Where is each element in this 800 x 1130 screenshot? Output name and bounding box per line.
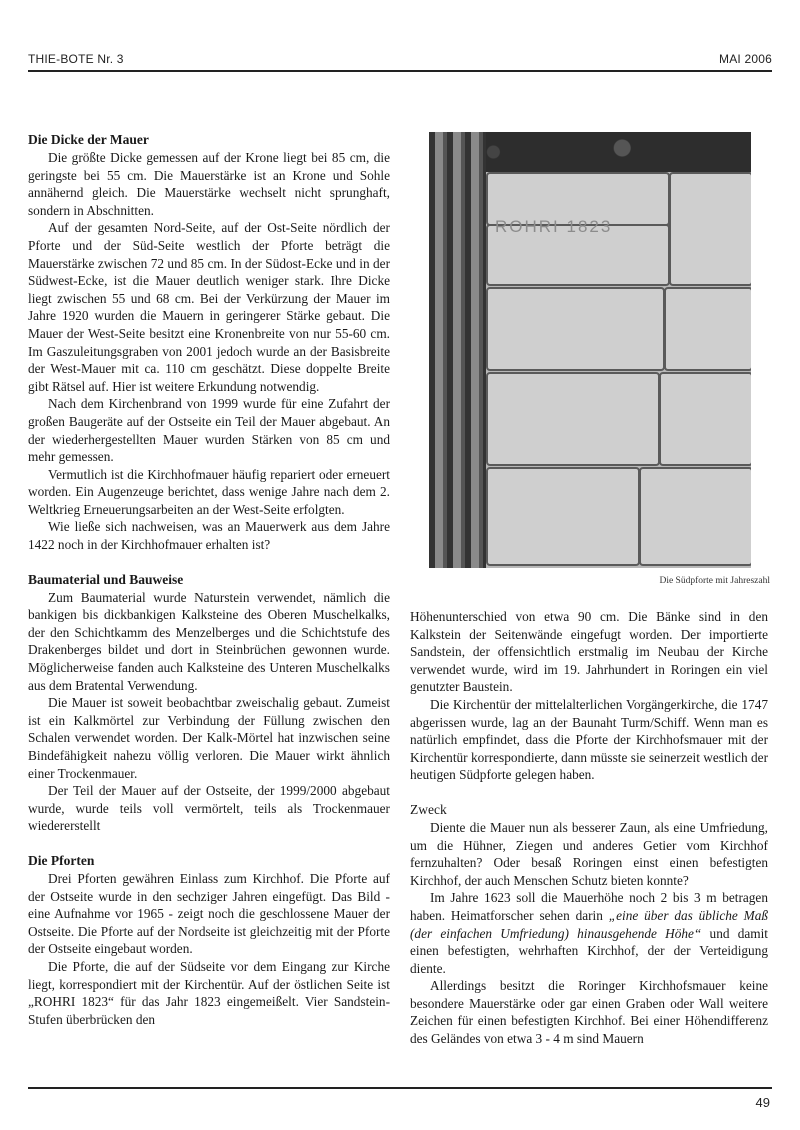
paragraph: Wie ließe sich nachweisen, was an Mauerw… [28, 518, 390, 553]
publication-title: THIE-BOTE Nr. 3 [28, 52, 124, 66]
photo-stone [639, 467, 751, 566]
section-heading-dicke: Die Dicke der Mauer [28, 131, 390, 149]
photo-stone [486, 467, 640, 566]
left-column: Die Dicke der Mauer Die größte Dicke gem… [28, 131, 390, 1028]
paragraph: Diente die Mauer nun als besserer Zaun, … [410, 819, 768, 889]
photo-south-gate: ROHRI 1823 [429, 132, 751, 568]
photo-inscription: ROHRI 1823 [495, 217, 612, 237]
section-heading-zweck: Zweck [410, 801, 768, 819]
paragraph: Die Kirchentür der mittelalterlichen Vor… [410, 696, 768, 784]
photo-stone [486, 287, 665, 371]
paragraph: Höhenunterschied von etwa 90 cm. Die Bän… [410, 608, 768, 696]
paragraph: Nach dem Kirchenbrand von 1999 wurde für… [28, 395, 390, 465]
paragraph: Die Pforte, die auf der Südseite vor dem… [28, 958, 390, 1028]
right-column: Höhenunterschied von etwa 90 cm. Die Bän… [410, 608, 768, 1048]
section-heading-pforten: Die Pforten [28, 852, 390, 870]
paragraph: Die größte Dicke gemessen auf der Krone … [28, 149, 390, 219]
footer-rule [28, 1087, 772, 1089]
page-header: THIE-BOTE Nr. 3 MAI 2006 [28, 52, 772, 72]
paragraph: Im Jahre 1623 soll die Mauerhöhe noch 2 … [410, 889, 768, 977]
section-heading-baumaterial: Baumaterial und Bauweise [28, 571, 390, 589]
photo-stone [659, 372, 751, 466]
paragraph: Auf der gesamten Nord-Seite, auf der Ost… [28, 219, 390, 395]
photo-stone [669, 172, 751, 286]
paragraph: Drei Pforten gewähren Einlass zum Kirchh… [28, 870, 390, 958]
photo-caption: Die Südpforte mit Jahreszahl [600, 576, 770, 586]
page-number: 49 [756, 1095, 770, 1110]
paragraph: Zum Baumaterial wurde Naturstein verwend… [28, 589, 390, 695]
photo-gate [429, 132, 486, 568]
photo-stone [486, 372, 660, 466]
photo-stone [664, 287, 751, 371]
paragraph: Allerdings besitzt die Roringer Kirchhof… [410, 977, 768, 1047]
paragraph: Vermutlich ist die Kirchhofmauer häufig … [28, 466, 390, 519]
header-rule [28, 70, 772, 72]
paragraph: Die Mauer ist soweit beobachtbar zweisch… [28, 694, 390, 782]
paragraph: Der Teil der Mauer auf der Ostseite, der… [28, 782, 390, 835]
issue-date: MAI 2006 [719, 52, 772, 66]
